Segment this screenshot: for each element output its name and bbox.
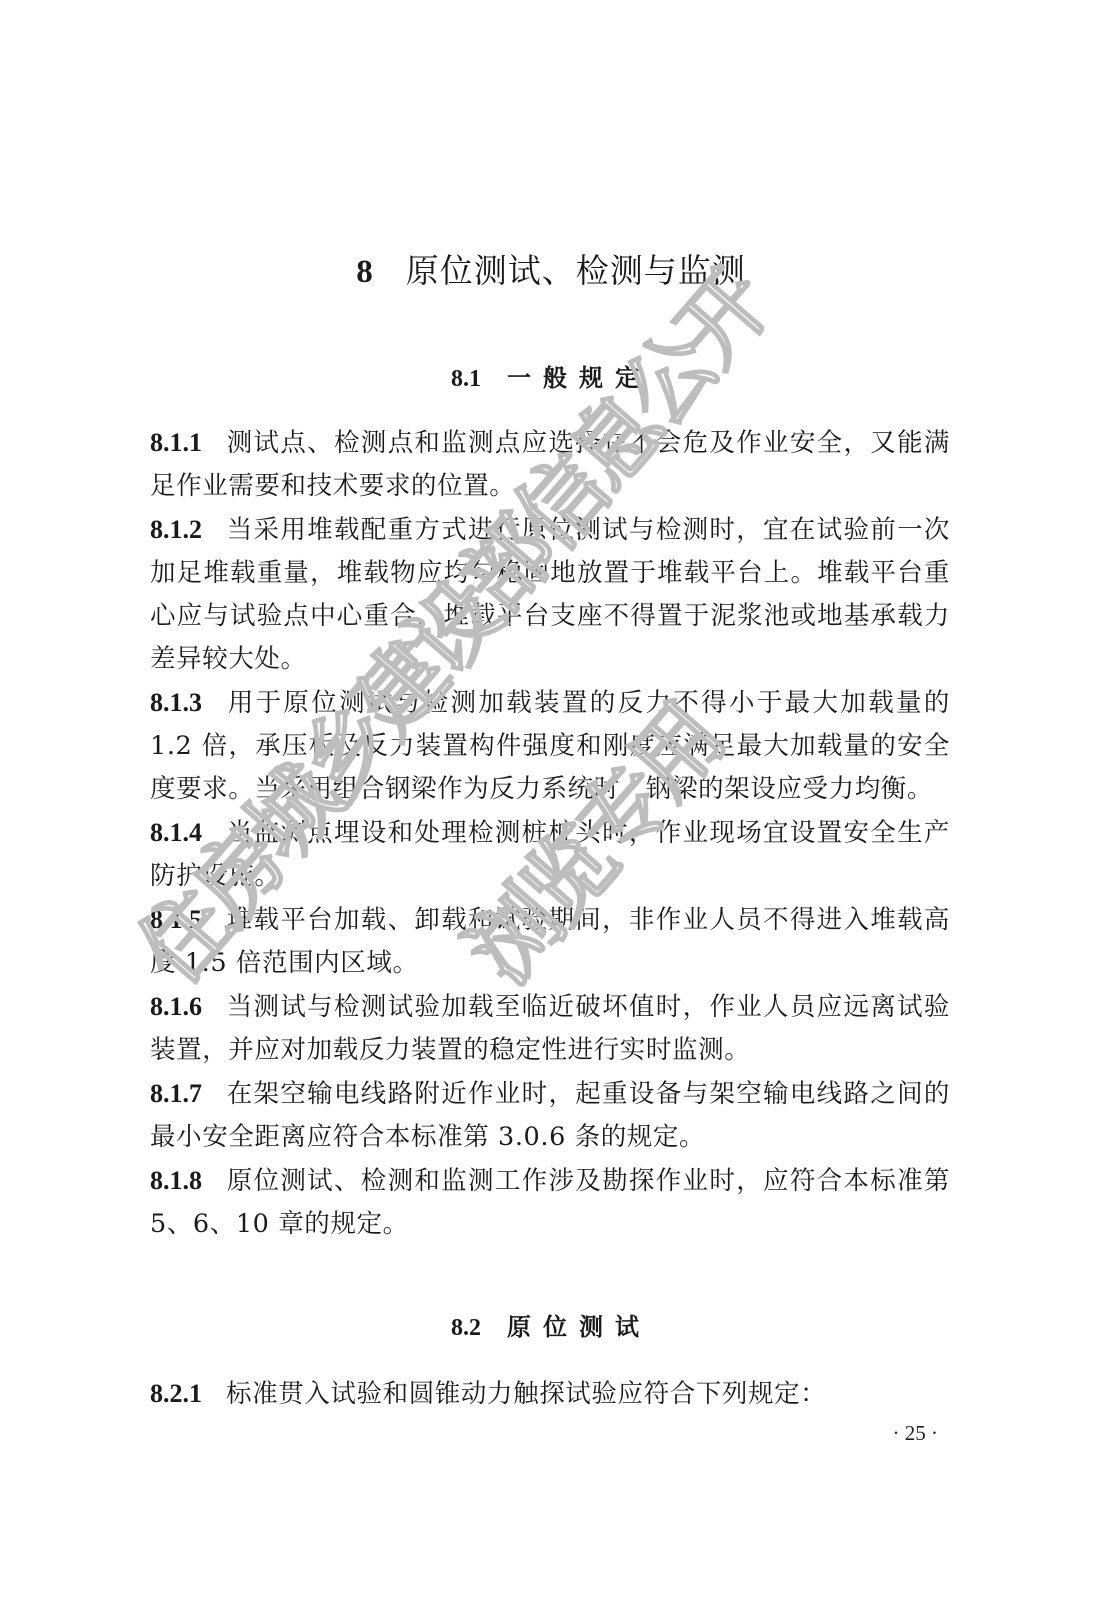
clause-text: 当监测点埋设和处理检测桩桩头时，作业现场宜设置安全生产防护设施。 — [150, 818, 950, 891]
clause-text: 在架空输电线路附近作业时，起重设备与架空输电线路之间的最小安全距离应符合本标准第… — [150, 1079, 950, 1152]
chapter-number: 8 — [356, 254, 374, 290]
clause-number: 8.1.5 — [150, 905, 202, 934]
clause-text: 当测试与检测试验加载至临近破坏值时，作业人员应远离试验装置，并应对加载反力装置的… — [150, 992, 950, 1065]
clause-8-1-1: 8.1.1测试点、检测点和监测点应选择在不会危及作业安全，又能满足作业需要和技术… — [150, 421, 950, 508]
clause-8-1-8: 8.1.8原位测试、检测和监测工作涉及勘探作业时，应符合本标准第 5、6、10 … — [150, 1159, 950, 1246]
clause-number: 8.1.1 — [150, 428, 202, 457]
section-number: 8.1 — [451, 366, 481, 392]
clause-text: 标准贯入试验和圆锥动力触探试验应符合下列规定： — [226, 1379, 826, 1409]
section-title-8-1: 8.1一般规定 — [0, 358, 1102, 399]
clause-text: 原位测试、检测和监测工作涉及勘探作业时，应符合本标准第 5、6、10 章的规定。 — [150, 1166, 950, 1239]
chapter-title: 8原位测试、检测与监测 — [0, 246, 1102, 297]
clause-number: 8.1.4 — [150, 818, 202, 847]
clause-number: 8.1.3 — [150, 688, 202, 717]
clause-number: 8.1.8 — [150, 1166, 202, 1195]
page-number: · 25 · — [848, 1418, 938, 1448]
clause-text: 堆载平台加载、卸载和试验期间，非作业人员不得进入堆载高度 1.5 倍范围内区域。 — [150, 905, 950, 978]
clause-8-1-3: 8.1.3用于原位测试与检测加载装置的反力不得小于最大加载量的 1.2 倍，承压… — [150, 681, 950, 811]
clause-text: 测试点、检测点和监测点应选择在不会危及作业安全，又能满足作业需要和技术要求的位置… — [150, 428, 950, 501]
chapter-title-text: 原位测试、检测与监测 — [406, 251, 746, 290]
section-number: 8.2 — [451, 1315, 481, 1341]
clause-8-1-6: 8.1.6当测试与检测试验加载至临近破坏值时，作业人员应远离试验装置，并应对加载… — [150, 985, 950, 1072]
document-page: 8原位测试、检测与监测 8.1一般规定 8.1.1测试点、检测点和监测点应选择在… — [0, 0, 1102, 1598]
section-title-text: 原位测试 — [507, 1313, 651, 1341]
clause-text: 当采用堆载配重方式进行原位测试与检测时，宜在试验前一次加足堆载重量，堆载物应均匀… — [150, 515, 950, 674]
clause-number: 8.1.6 — [150, 992, 202, 1021]
clause-8-2-1: 8.2.1标准贯入试验和圆锥动力触探试验应符合下列规定： — [150, 1372, 950, 1416]
section-title-8-2: 8.2原位测试 — [0, 1307, 1102, 1348]
section-8-1-body: 8.1.1测试点、检测点和监测点应选择在不会危及作业安全，又能满足作业需要和技术… — [150, 421, 950, 1246]
clause-8-1-4: 8.1.4当监测点埋设和处理检测桩桩头时，作业现场宜设置安全生产防护设施。 — [150, 811, 950, 898]
clause-8-1-5: 8.1.5堆载平台加载、卸载和试验期间，非作业人员不得进入堆载高度 1.5 倍范… — [150, 898, 950, 985]
clause-8-1-2: 8.1.2当采用堆载配重方式进行原位测试与检测时，宜在试验前一次加足堆载重量，堆… — [150, 508, 950, 681]
clause-number: 8.1.2 — [150, 515, 202, 544]
clause-8-1-7: 8.1.7在架空输电线路附近作业时，起重设备与架空输电线路之间的最小安全距离应符… — [150, 1072, 950, 1159]
clause-text: 用于原位测试与检测加载装置的反力不得小于最大加载量的 1.2 倍，承压板及反力装… — [150, 688, 950, 804]
clause-number: 8.1.7 — [150, 1079, 202, 1108]
clause-number: 8.2.1 — [150, 1379, 202, 1408]
section-8-2-body: 8.2.1标准贯入试验和圆锥动力触探试验应符合下列规定： — [150, 1372, 950, 1416]
section-title-text: 一般规定 — [507, 364, 651, 392]
